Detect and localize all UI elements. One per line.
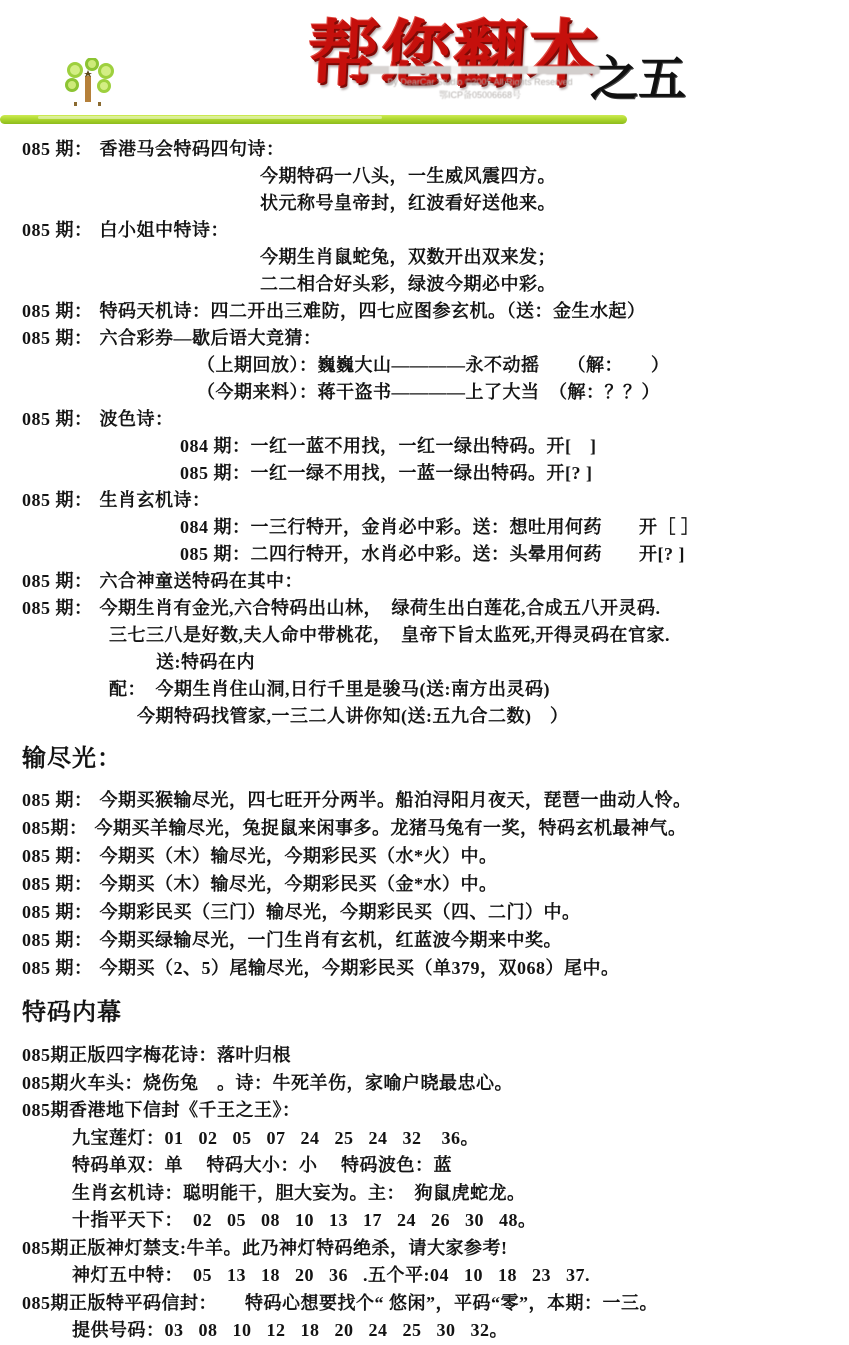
icp-number: 鄂ICP备05006668号 (330, 89, 630, 102)
line-text: 六合彩券—歇后语大竞猜： (100, 328, 322, 348)
issue-label: 085 期： (22, 598, 93, 618)
issue-label: 085 期： (22, 301, 93, 321)
line-text: 085期火车头：烧伤兔 。诗：牛死羊伤，家喻户晓最忠心。 (22, 1073, 513, 1093)
line-text: 今期买（2、5）尾输尽光，今期彩民买（单379，双068）尾中。 (100, 958, 620, 978)
line-text: 九宝莲灯：01 02 05 07 24 25 24 32 36。 (72, 1128, 479, 1148)
text-line: 085 期：今期买绿输尽光，一门生肖有玄机，红蓝波今期来中奖。 (22, 926, 835, 954)
neimu-section: 特码内幕 085期正版四字梅花诗：落叶归根 085期火车头：烧伤兔 。诗：牛死羊… (22, 998, 835, 1345)
illegible-credit-line (360, 66, 600, 74)
line-text: 白小姐中特诗： (100, 220, 230, 240)
credit-line: By DearCar Studio ©2005 All Rights Reser… (330, 76, 630, 89)
text-line: 084 期：一三行特开，金肖必中彩。送：想吐用何药 开［ ］ (22, 514, 835, 541)
text-line: 085 期：一红一绿不用找，一蓝一绿出特码。开[? ] (22, 460, 835, 487)
issue-label: 085期： (22, 818, 88, 838)
line-text: 生肖玄机诗：聪明能干，胆大妄为。主： 狗鼠虎蛇龙。 (72, 1183, 526, 1203)
text-line: 084 期：一红一蓝不用找，一红一绿出特码。开[ ] (22, 433, 835, 460)
text-line: （今期来料）：蒋干盗书————上了大当 （解：？？） (22, 379, 835, 406)
line-text: 085 期：一红一绿不用找，一蓝一绿出特码。开[? ] (180, 463, 593, 483)
line-text: 波色诗： (100, 409, 174, 429)
line-text: 今期彩民买（三门）输尽光，今期彩民买（四、二门）中。 (100, 902, 581, 922)
coin-tree-logo-icon (62, 58, 114, 113)
line-text: 今期特码一八头，一生威风震四方。 (260, 166, 556, 186)
text-line: 三七三八是好数,夫人命中带桃花， 皇帝下旨太监死,开得灵码在官家. (22, 622, 835, 649)
issue-label: 085 期： (22, 490, 93, 510)
text-line: 085期正版神灯禁支:牛羊。此乃神灯特码绝杀，请大家参考! (22, 1235, 835, 1263)
issue-label: 085 期： (22, 846, 93, 866)
text-line: 085 期：今期买（木）输尽光，今期彩民买（水*火）中。 (22, 842, 835, 870)
text-line: 今期生肖鼠蛇兔，双数开出双来发； (22, 244, 835, 271)
shujinguang-heading: 输尽光： (22, 744, 835, 774)
line-text: （今期来料）：蒋干盗书————上了大当 （解：？？） (197, 382, 660, 402)
line-text: 085 期：二四行特开，水肖必中彩。送：头晕用何药 开[? ] (180, 544, 685, 564)
text-line: 085期香港地下信封《千王之王》： (22, 1097, 835, 1125)
text-line: 085 期：今期买（2、5）尾输尽光，今期彩民买（单379，双068）尾中。 (22, 954, 835, 982)
line-text: 三七三八是好数,夫人命中带桃花， 皇帝下旨太监死,开得灵码在官家. (109, 625, 670, 645)
line-text: 二二相合好头彩，绿波今期必中彩。 (260, 274, 556, 294)
tip-sheet-page: 帮您翻本 之五 By DearCar Studio ©2005 All Righ… (0, 0, 849, 1345)
shujinguang-section: 输尽光： 085 期：今期买猴输尽光，四七旺开分两半。船泊浔阳月夜天，琵琶一曲动… (22, 744, 835, 982)
text-line: 085 期：二四行特开，水肖必中彩。送：头晕用何药 开[? ] (22, 541, 835, 568)
line-text: 状元称号皇帝封，红波看好送他来。 (260, 193, 556, 213)
issue-label: 085 期： (22, 328, 93, 348)
line-text: （上期回放）：巍巍大山————永不动摇 （解： ） (197, 355, 670, 375)
text-line: 085 期：今期彩民买（三门）输尽光，今期彩民买（四、二门）中。 (22, 898, 835, 926)
issue-label: 085 期： (22, 409, 93, 429)
line-text: 085期正版特平码信封： 特码心想要找个“ 悠闲”，平码“零”，本期：一三。 (22, 1293, 658, 1313)
line-text: 084 期：一三行特开，金肖必中彩。送：想吐用何药 开［ ］ (180, 517, 700, 537)
line-text: 配： 今期生肖住山洞,日行千里是骏马(送:南方出灵码) (109, 679, 550, 699)
text-line: 九宝莲灯：01 02 05 07 24 25 24 32 36。 (22, 1125, 835, 1153)
content-area: 085 期：香港马会特码四句诗： 今期特码一八头，一生威风震四方。 状元称号皇帝… (0, 128, 849, 1345)
line-text: 今期买猴输尽光，四七旺开分两半。船泊浔阳月夜天，琵琶一曲动人怜。 (100, 790, 692, 810)
text-line: 085期正版四字梅花诗：落叶归根 (22, 1042, 835, 1070)
line-text: 提供号码：03 08 10 12 18 20 24 25 30 32。 (72, 1320, 508, 1340)
issue-label: 085 期： (22, 874, 93, 894)
issue-label: 085 期： (22, 958, 93, 978)
text-line: 今期特码找管家,一三二人讲你知(送:五九合二数) ） (22, 703, 835, 730)
page-header: 帮您翻本 之五 By DearCar Studio ©2005 All Righ… (0, 0, 849, 128)
text-line: 今期特码一八头，一生威风震四方。 (22, 163, 835, 190)
issue-label: 085 期： (22, 139, 93, 159)
line-text: 六合神童送特码在其中： (100, 571, 304, 591)
issue-label: 085 期： (22, 902, 93, 922)
line-text: 送:特码在内 (156, 652, 255, 672)
credit-watermark: By DearCar Studio ©2005 All Rights Reser… (330, 66, 630, 102)
line-text: 今期特码找管家,一三二人讲你知(送:五九合二数) ） (137, 706, 568, 726)
text-line: （上期回放）：巍巍大山————永不动摇 （解： ） (22, 352, 835, 379)
text-line: 生肖玄机诗：聪明能干，胆大妄为。主： 狗鼠虎蛇龙。 (22, 1180, 835, 1208)
line-text: 今期生肖有金光,六合特码出山林， 绿荷生出白莲花,合成五八开灵码. (100, 598, 661, 618)
line-text: 特码单双：单 特码大小：小 特码波色：蓝 (72, 1155, 452, 1175)
line-text: 085期香港地下信封《千王之王》： (22, 1100, 301, 1120)
text-line: 085期正版特平码信封： 特码心想要找个“ 悠闲”，平码“零”，本期：一三。 (22, 1290, 835, 1318)
text-line: 085 期：生肖玄机诗： (22, 487, 835, 514)
text-line: 送:特码在内 (22, 649, 835, 676)
text-line: 085 期：六合神童送特码在其中： (22, 568, 835, 595)
line-text: 今期买绿输尽光，一门生肖有玄机，红蓝波今期来中奖。 (100, 930, 563, 950)
line-text: 今期生肖鼠蛇兔，双数开出双来发； (260, 247, 556, 267)
neimu-heading: 特码内幕 (22, 998, 835, 1028)
line-text: 今期买（木）输尽光，今期彩民买（水*火）中。 (100, 846, 498, 866)
text-line: 085 期：波色诗： (22, 406, 835, 433)
issue-label: 085 期： (22, 220, 93, 240)
text-line: 085 期：白小姐中特诗： (22, 217, 835, 244)
text-line: 085 期：六合彩券—歇后语大竞猜： (22, 325, 835, 352)
text-line: 085期火车头：烧伤兔 。诗：牛死羊伤，家喻户晓最忠心。 (22, 1070, 835, 1098)
text-line: 配： 今期生肖住山洞,日行千里是骏马(送:南方出灵码) (22, 676, 835, 703)
text-line: 特码单双：单 特码大小：小 特码波色：蓝 (22, 1152, 835, 1180)
text-line: 085期：今期买羊输尽光，兔捉鼠来闲事多。龙猪马兔有一奖，特码玄机最神气。 (22, 814, 835, 842)
issue-label: 085 期： (22, 930, 93, 950)
line-text: 生肖玄机诗： (100, 490, 211, 510)
issue-label: 085 期： (22, 571, 93, 591)
text-line: 状元称号皇帝封，红波看好送他来。 (22, 190, 835, 217)
line-text: 084 期：一红一蓝不用找，一红一绿出特码。开[ ] (180, 436, 597, 456)
poems-section: 085 期：香港马会特码四句诗： 今期特码一八头，一生威风震四方。 状元称号皇帝… (22, 136, 835, 730)
text-line: 085 期：香港马会特码四句诗： (22, 136, 835, 163)
line-text: 香港马会特码四句诗： (100, 139, 285, 159)
line-text: 特码天机诗：四二开出三难防，四七应图参玄机。（送：金生水起） (100, 301, 646, 321)
text-line: 二二相合好头彩，绿波今期必中彩。 (22, 271, 835, 298)
text-line: 085 期：今期买猴输尽光，四七旺开分两半。船泊浔阳月夜天，琵琶一曲动人怜。 (22, 786, 835, 814)
text-line: 神灯五中特： 05 13 18 20 36 .五个平:04 10 18 23 3… (22, 1262, 835, 1290)
text-line: 085 期：特码天机诗：四二开出三难防，四七应图参玄机。（送：金生水起） (22, 298, 835, 325)
line-text: 今期买（木）输尽光，今期彩民买（金*水）中。 (100, 874, 498, 894)
issue-label: 085 期： (22, 790, 93, 810)
green-divider-bar (0, 115, 627, 124)
line-text: 085期正版四字梅花诗：落叶归根 (22, 1045, 291, 1065)
text-line: 提供号码：03 08 10 12 18 20 24 25 30 32。 (22, 1317, 835, 1345)
text-line: 085 期：今期生肖有金光,六合特码出山林， 绿荷生出白莲花,合成五八开灵码. (22, 595, 835, 622)
line-text: 今期买羊输尽光，兔捉鼠来闲事多。龙猪马兔有一奖，特码玄机最神气。 (95, 818, 687, 838)
line-text: 085期正版神灯禁支:牛羊。此乃神灯特码绝杀，请大家参考! (22, 1238, 508, 1258)
line-text: 神灯五中特： 05 13 18 20 36 .五个平:04 10 18 23 3… (72, 1265, 590, 1285)
text-line: 十指平天下： 02 05 08 10 13 17 24 26 30 48。 (22, 1207, 835, 1235)
line-text: 十指平天下： 02 05 08 10 13 17 24 26 30 48。 (72, 1210, 537, 1230)
text-line: 085 期：今期买（木）输尽光，今期彩民买（金*水）中。 (22, 870, 835, 898)
